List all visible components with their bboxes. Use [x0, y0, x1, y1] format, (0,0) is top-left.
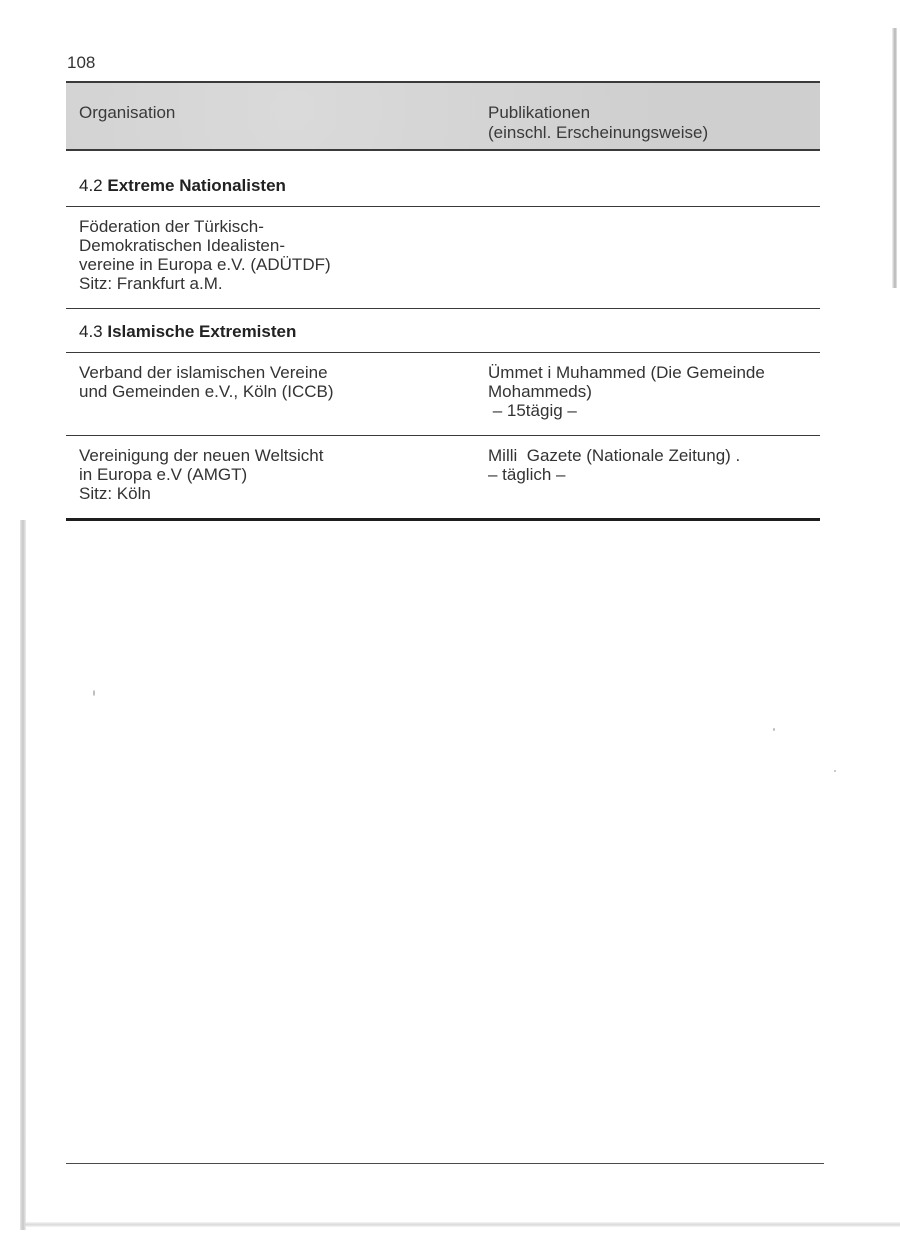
scan-shadow-bottom: [25, 1222, 900, 1227]
section-title: Extreme Nationalisten: [107, 176, 286, 195]
publication-line: Milli Gazete (Nationale Zeitung) .: [488, 446, 740, 465]
section-heading-extreme-nationalisten: 4.2 Extreme Nationalisten: [66, 151, 820, 207]
publications-cell: Milli Gazete (Nationale Zeitung) . – täg…: [488, 446, 740, 484]
publication-line: Ümmet i Muhammed (Die Gemeinde: [488, 363, 765, 382]
footer-rule: [66, 1163, 824, 1164]
organisation-cell: Vereinigung der neuen Weltsicht in Europ…: [79, 446, 323, 503]
section-heading-islamische-extremisten: 4.3 Islamische Extremisten: [66, 309, 820, 353]
header-organisation: Organisation: [79, 103, 175, 123]
publication-line: Mohammeds): [488, 382, 765, 401]
section-title: Islamische Extremisten: [107, 322, 296, 341]
publications-cell: Ümmet i Muhammed (Die Gemeinde Mohammeds…: [488, 363, 765, 420]
organisation-line: Sitz: Köln: [79, 484, 323, 503]
scan-speck: [834, 770, 836, 772]
scan-speck: [93, 690, 95, 696]
organisation-line: Demokratischen Idealisten-: [79, 236, 331, 255]
organisation-line: vereine in Europa e.V. (ADÜTDF): [79, 255, 331, 274]
publication-frequency: – täglich –: [488, 465, 740, 484]
section-number: 4.3: [79, 322, 103, 341]
header-publications: Publikationen (einschl. Erscheinungsweis…: [488, 103, 708, 143]
organisation-line: Föderation der Türkisch-: [79, 217, 331, 236]
table-row: Föderation der Türkisch- Demokratischen …: [66, 207, 820, 309]
organisation-line: Verband der islamischen Vereine: [79, 363, 334, 382]
table-row: Verband der islamischen Vereine und Geme…: [66, 353, 820, 436]
section-number: 4.2: [79, 176, 103, 195]
organisation-line: und Gemeinden e.V., Köln (ICCB): [79, 382, 334, 401]
header-publications-line1: Publikationen: [488, 103, 708, 123]
organisation-cell: Verband der islamischen Vereine und Geme…: [79, 363, 334, 401]
organisation-line: Sitz: Frankfurt a.M.: [79, 274, 331, 293]
table-header: Organisation Publikationen (einschl. Ers…: [66, 81, 820, 151]
scan-speck: [773, 728, 775, 731]
organisation-cell: Föderation der Türkisch- Demokratischen …: [79, 217, 331, 293]
organisation-line: in Europa e.V (AMGT): [79, 465, 323, 484]
organisations-table: Organisation Publikationen (einschl. Ers…: [66, 81, 820, 521]
header-publications-line2: (einschl. Erscheinungsweise): [488, 123, 708, 143]
scan-shadow-left: [20, 520, 26, 1230]
page-number: 108: [67, 53, 95, 73]
table-row: Vereinigung der neuen Weltsicht in Europ…: [66, 436, 820, 521]
publication-frequency: – 15tägig –: [488, 401, 765, 420]
scan-shadow-right: [892, 28, 897, 288]
organisation-line: Vereinigung der neuen Weltsicht: [79, 446, 323, 465]
